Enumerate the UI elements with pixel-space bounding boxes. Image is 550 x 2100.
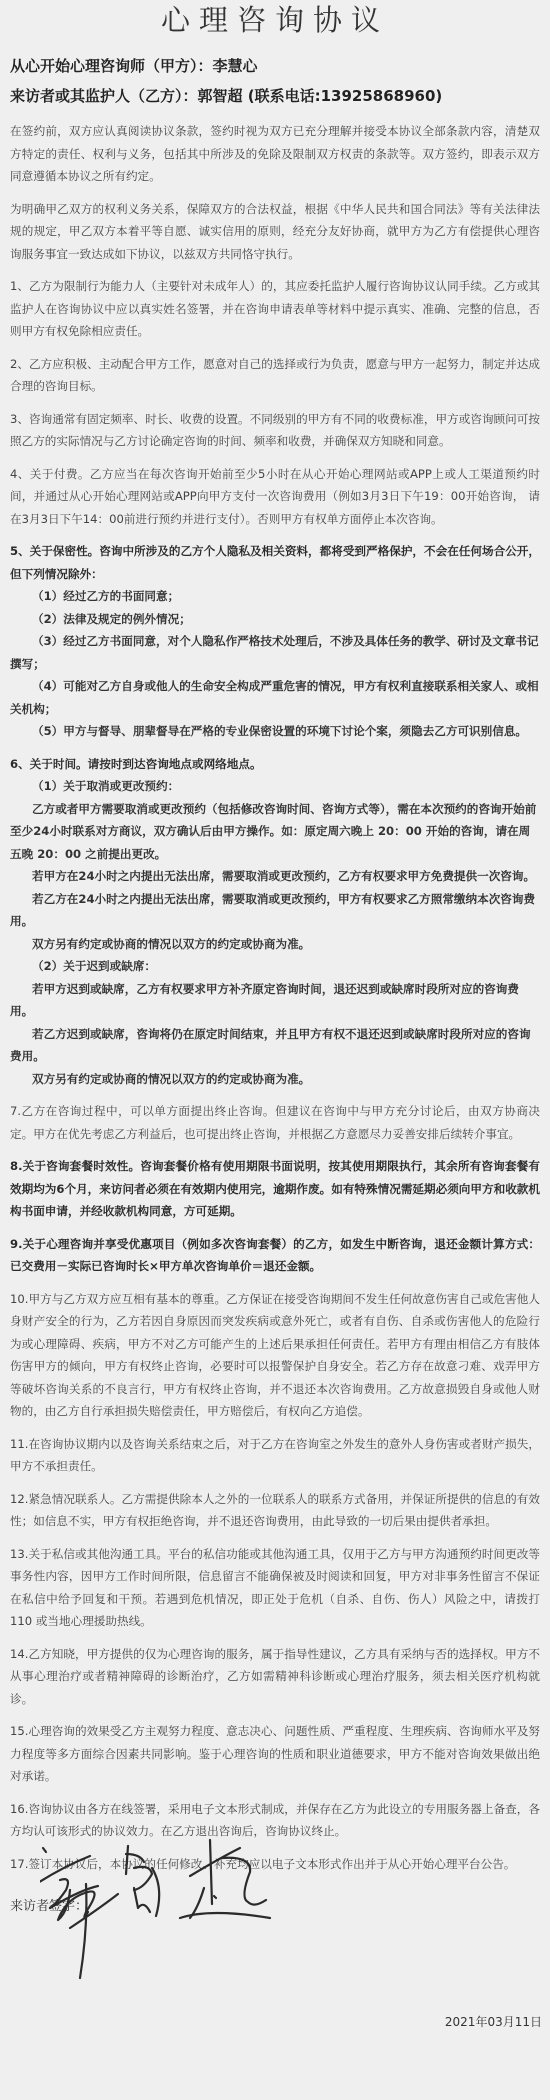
- clause-6: 6、关于时间。请按时到达咨询地点或网络地点。 （1）关于取消或更改预约： 乙方或…: [10, 753, 540, 1091]
- clause-6-sub1-line-1: 乙方或者甲方需要取消或更改预约（包括修改咨询时间、咨询方式等），需在本次预约的咨…: [10, 798, 540, 866]
- clause-6-sub1-title: （1）关于取消或更改预约：: [10, 775, 540, 798]
- clause-10: 10.甲方与乙方双方应互相有基本的尊重。乙方保证在接受咨询期间不发生任何故意伤害…: [10, 1288, 540, 1423]
- party-b-line: 来访者或其监护人（乙方）：郭智超 (联系电话:13925868960): [10, 86, 540, 106]
- intro-paragraph-1: 在签约前，双方应认真阅读协议条款，签约时视为双方已充分理解并接受本协议全部条款内…: [10, 120, 540, 188]
- clause-4: 4、关于付费。乙方应当在每次咨询开始前至少5小时在从心开始心理网站或APP上或人…: [10, 463, 540, 531]
- page-title: 心理咨询协议: [10, 0, 540, 44]
- clause-6-intro: 6、关于时间。请按时到达咨询地点或网络地点。: [10, 753, 540, 776]
- clause-7: 7.乙方在咨询过程中，可以单方面提出终止咨询。但建议在咨询中与甲方充分讨论后，由…: [10, 1100, 540, 1145]
- clause-6-sub2-line-3: 双方另有约定或协商的情况以双方的约定或协商为准。: [10, 1068, 540, 1091]
- signature-date: 2021年03月11日: [445, 2013, 542, 2030]
- clause-6-sub2-line-1: 若甲方迟到或缺席，乙方有权要求甲方补齐原定咨询时间，退还迟到或缺席时段所对应的咨…: [10, 978, 540, 1023]
- clause-15: 15.心理咨询的效果受乙方主观努力程度、意志决心、问题性质、严重程度、生理疾病、…: [10, 1720, 540, 1788]
- clause-5-item-5: （5）甲方与督导、朋辈督导在严格的专业保密设置的环境下讨论个案，须隐去乙方可识别…: [10, 720, 540, 743]
- clause-5-item-4: （4）可能对乙方自身或他人的生命安全构成严重危害的情况，甲方有权利直接联系相关家…: [10, 675, 540, 720]
- clause-6-sub1-line-2: 若甲方在24小时之内提出无法出席，需要取消或更改预约，乙方有权要求甲方免费提供一…: [10, 865, 540, 888]
- clause-13: 13.关于私信或其他沟通工具。平台的私信功能或其他沟通工具，仅用于乙方与甲方沟通…: [10, 1543, 540, 1633]
- clause-3: 3、咨询通常有固定频率、时长、收费的设置。不同级别的甲方有不同的收费标准，甲方或…: [10, 408, 540, 453]
- clause-14: 14.乙方知晓，甲方提供的仅为心理咨询的服务，属于指导性建议，乙方具有采纳与否的…: [10, 1643, 540, 1711]
- clause-9: 9.关于心理咨询并享受优惠项目（例如多次咨询套餐）的乙方，如发生中断咨询，退还金…: [10, 1233, 540, 1278]
- clause-5: 5、关于保密性。咨询中所涉及的乙方个人隐私及相关资料，都将受到严格保护，不会在任…: [10, 540, 540, 743]
- clause-2: 2、乙方应积极、主动配合甲方工作，愿意对自己的选择或行为负责，愿意与甲方一起努力…: [10, 353, 540, 398]
- clause-6-sub2-line-2: 若乙方迟到或缺席，咨询将仍在原定时间结束，并且甲方有权不退还迟到或缺席时段所对应…: [10, 1023, 540, 1068]
- signature-strokes-icon: [40, 1828, 300, 1988]
- intro-paragraph-2: 为明确甲乙双方的权利义务关系，保障双方的合法权益，根据《中华人民共和国合同法》等…: [10, 198, 540, 266]
- clause-5-item-1: （1）经过乙方的书面同意；: [10, 585, 540, 608]
- clause-5-item-3: （3）经过乙方书面同意，对个人隐私作严格技术处理后，不涉及具体任务的教学、研讨及…: [10, 630, 540, 675]
- clause-6-sub2-title: （2）关于迟到或缺席：: [10, 955, 540, 978]
- clause-1: 1、乙方为限制行为能力人（主要针对未成年人）的，其应委托监护人履行咨询协议认同手…: [10, 275, 540, 343]
- agreement-document: 心理咨询协议 从心开始心理咨询师（甲方）：李慧心 来访者或其监护人（乙方）：郭智…: [0, 0, 550, 1917]
- clause-5-intro: 5、关于保密性。咨询中所涉及的乙方个人隐私及相关资料，都将受到严格保护，不会在任…: [10, 540, 540, 585]
- clause-5-item-2: （2）法律及规定的例外情况；: [10, 608, 540, 631]
- clause-11: 11.在咨询协议期内以及咨询关系结束之后，对于乙方在咨询室之外发生的意外人身伤害…: [10, 1433, 540, 1478]
- party-a-line: 从心开始心理咨询师（甲方）：李慧心: [10, 56, 540, 76]
- clause-6-sub1-line-3: 若乙方在24小时之内提出无法出席，需要取消或更改预约，甲方有权要求乙方照常缴纳本…: [10, 888, 540, 933]
- clause-12: 12.紧急情况联系人。乙方需提供除本人之外的一位联系人的联系方式备用，并保证所提…: [10, 1488, 540, 1533]
- handwritten-signature: [40, 1828, 300, 1988]
- clause-6-sub1-line-4: 双方另有约定或协商的情况以双方的约定或协商为准。: [10, 933, 540, 956]
- clause-8: 8.关于咨询套餐时效性。咨询套餐价格有使用期限书面说明，按其使用期限执行，其余所…: [10, 1155, 540, 1223]
